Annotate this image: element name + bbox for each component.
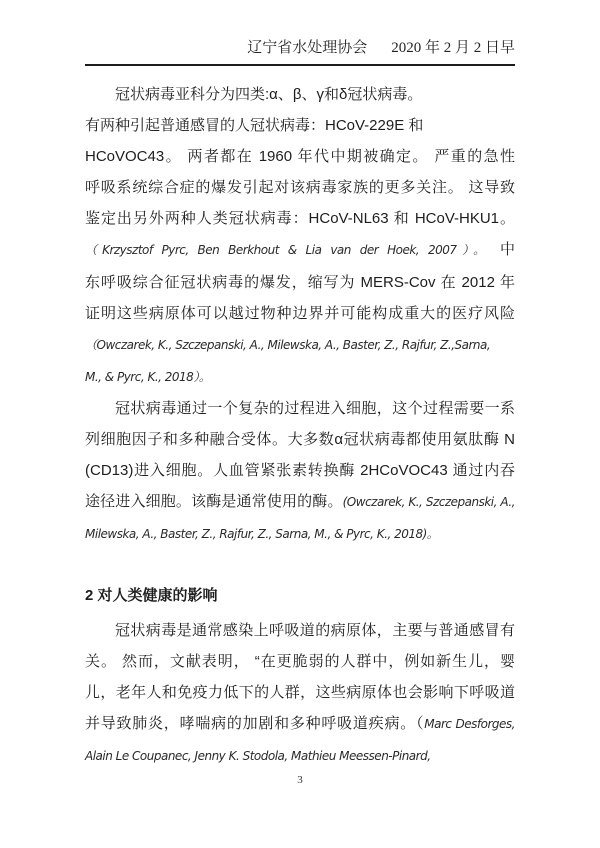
- text-line: (CD13)进入细胞。人血管紧张素转换酶 2HCoVOC43 通过内吞: [85, 455, 515, 486]
- text-segment: Milewska, A., Baster, Z., Rajfur, Z., Sa…: [85, 527, 438, 541]
- text-line: 鉴定出另外两种人类冠状病毒：HCoV-NL63 和 HCoV-HKU1。: [85, 203, 515, 234]
- text-line: 关。 然而，文献表明， “在更脆弱的人群中，例如新生儿，婴: [85, 646, 515, 677]
- text-segment: 途径进入细胞。该酶是通常使用的酶。: [85, 493, 343, 510]
- text-segment: 2 对人类健康的影响: [85, 587, 218, 604]
- text-segment: (CD13)进入细胞。人血管紧张素转换酶 2HCoVOC43 通过内吞: [85, 462, 515, 479]
- text-line: Milewska, A., Baster, Z., Rajfur, Z., Sa…: [85, 518, 515, 550]
- text-segment: 冠状病毒通过一个复杂的过程进入细胞，这个过程需要一系: [115, 400, 515, 417]
- text-segment: 列细胞因子和多种融合受体。大多数α冠状病毒都使用氨肽酶 N: [85, 431, 515, 448]
- text-segment: 呼吸系统综合症的爆发引起对该病毒家族的更多关注。 这导致: [85, 179, 515, 196]
- text-line: 东呼吸综合征冠状病毒的爆发，缩写为 MERS-Cov 在 2012 年: [85, 267, 515, 298]
- document-body: 冠状病毒亚科分为四类:α、β、γ和δ冠状病毒。有两种引起普通感冒的人冠状病毒：H…: [85, 66, 515, 772]
- text-segment: Marc Desforges,: [424, 717, 515, 731]
- text-line: （Krzysztof Pyrc, Ben Berkhout & Lia van …: [85, 234, 515, 266]
- text-segment: （Krzysztof Pyrc, Ben Berkhout & Lia van …: [85, 243, 490, 257]
- text-line: 有两种引起普通感冒的人冠状病毒：HCoV-229E 和: [85, 110, 515, 141]
- section-heading: 2 对人类健康的影响: [85, 580, 515, 611]
- text-segment: 关。 然而，文献表明， “在更脆弱的人群中，例如新生儿，婴: [85, 653, 515, 670]
- text-segment: M., & Pyrc, K., 2018）。: [85, 370, 210, 384]
- text-line: 冠状病毒通过一个复杂的过程进入细胞，这个过程需要一系: [85, 393, 515, 424]
- text-segment: 东呼吸综合征冠状病毒的爆发，缩写为 MERS-Cov 在 2012 年: [85, 274, 515, 291]
- text-line: 途径进入细胞。该酶是通常使用的酶。(Owczarek, K., Szczepan…: [85, 486, 515, 518]
- text-segment: （Owczarek, K., Szczepanski, A., Milewska…: [85, 338, 490, 352]
- text-line: 冠状病毒是通常感染上呼吸道的病原体，主要与普通感冒有: [85, 615, 515, 646]
- text-segment: 中: [490, 241, 515, 258]
- text-line: 呼吸系统综合症的爆发引起对该病毒家族的更多关注。 这导致: [85, 172, 515, 203]
- text-line: 儿，老年人和免疫力低下的人群，这些病原体也会影响下呼吸道: [85, 677, 515, 708]
- header-organization: 辽宁省水处理协会: [247, 40, 367, 56]
- text-line: HCoVOC43。 两者都在 1960 年代中期被确定。 严重的急性: [85, 141, 515, 172]
- text-segment: 并导致肺炎，哮喘病的加剧和多种呼吸道疾病。（: [85, 715, 424, 732]
- text-segment: 冠状病毒亚科分为四类:α、β、γ和δ冠状病毒。: [115, 86, 422, 103]
- text-line: M., & Pyrc, K., 2018）。: [85, 361, 515, 393]
- text-line: 并导致肺炎，哮喘病的加剧和多种呼吸道疾病。（Marc Desforges,: [85, 708, 515, 740]
- text-segment: 有两种引起普通感冒的人冠状病毒：HCoV-229E 和: [85, 117, 423, 134]
- text-segment: 鉴定出另外两种人类冠状病毒：HCoV-NL63 和 HCoV-HKU1。: [85, 210, 515, 227]
- text-line: 冠状病毒亚科分为四类:α、β、γ和δ冠状病毒。: [85, 79, 515, 110]
- text-line: 列细胞因子和多种融合受体。大多数α冠状病毒都使用氨肽酶 N: [85, 424, 515, 455]
- text-line: Alain Le Coupanec, Jenny K. Stodola, Mat…: [85, 740, 515, 772]
- header-date: 2020 年 2 月 2 日早: [391, 40, 515, 56]
- text-segment: 冠状病毒是通常感染上呼吸道的病原体，主要与普通感冒有: [115, 622, 515, 639]
- page-number: 3: [0, 774, 600, 786]
- text-segment: 证明这些病原体可以越过物种边界并可能构成重大的医疗风险: [85, 305, 515, 322]
- document-page: 辽宁省水处理协会2020 年 2 月 2 日早 冠状病毒亚科分为四类:α、β、γ…: [0, 0, 600, 848]
- text-segment: Alain Le Coupanec, Jenny K. Stodola, Mat…: [85, 749, 431, 763]
- text-segment: HCoVOC43。 两者都在 1960 年代中期被确定。 严重的急性: [85, 148, 515, 165]
- text-line: （Owczarek, K., Szczepanski, A., Milewska…: [85, 329, 515, 361]
- text-segment: (Owczarek, K., Szczepanski, A.,: [343, 495, 515, 509]
- text-line: 证明这些病原体可以越过物种边界并可能构成重大的医疗风险: [85, 298, 515, 329]
- text-segment: 儿，老年人和免疫力低下的人群，这些病原体也会影响下呼吸道: [85, 684, 515, 701]
- page-header: 辽宁省水处理协会2020 年 2 月 2 日早: [85, 0, 515, 66]
